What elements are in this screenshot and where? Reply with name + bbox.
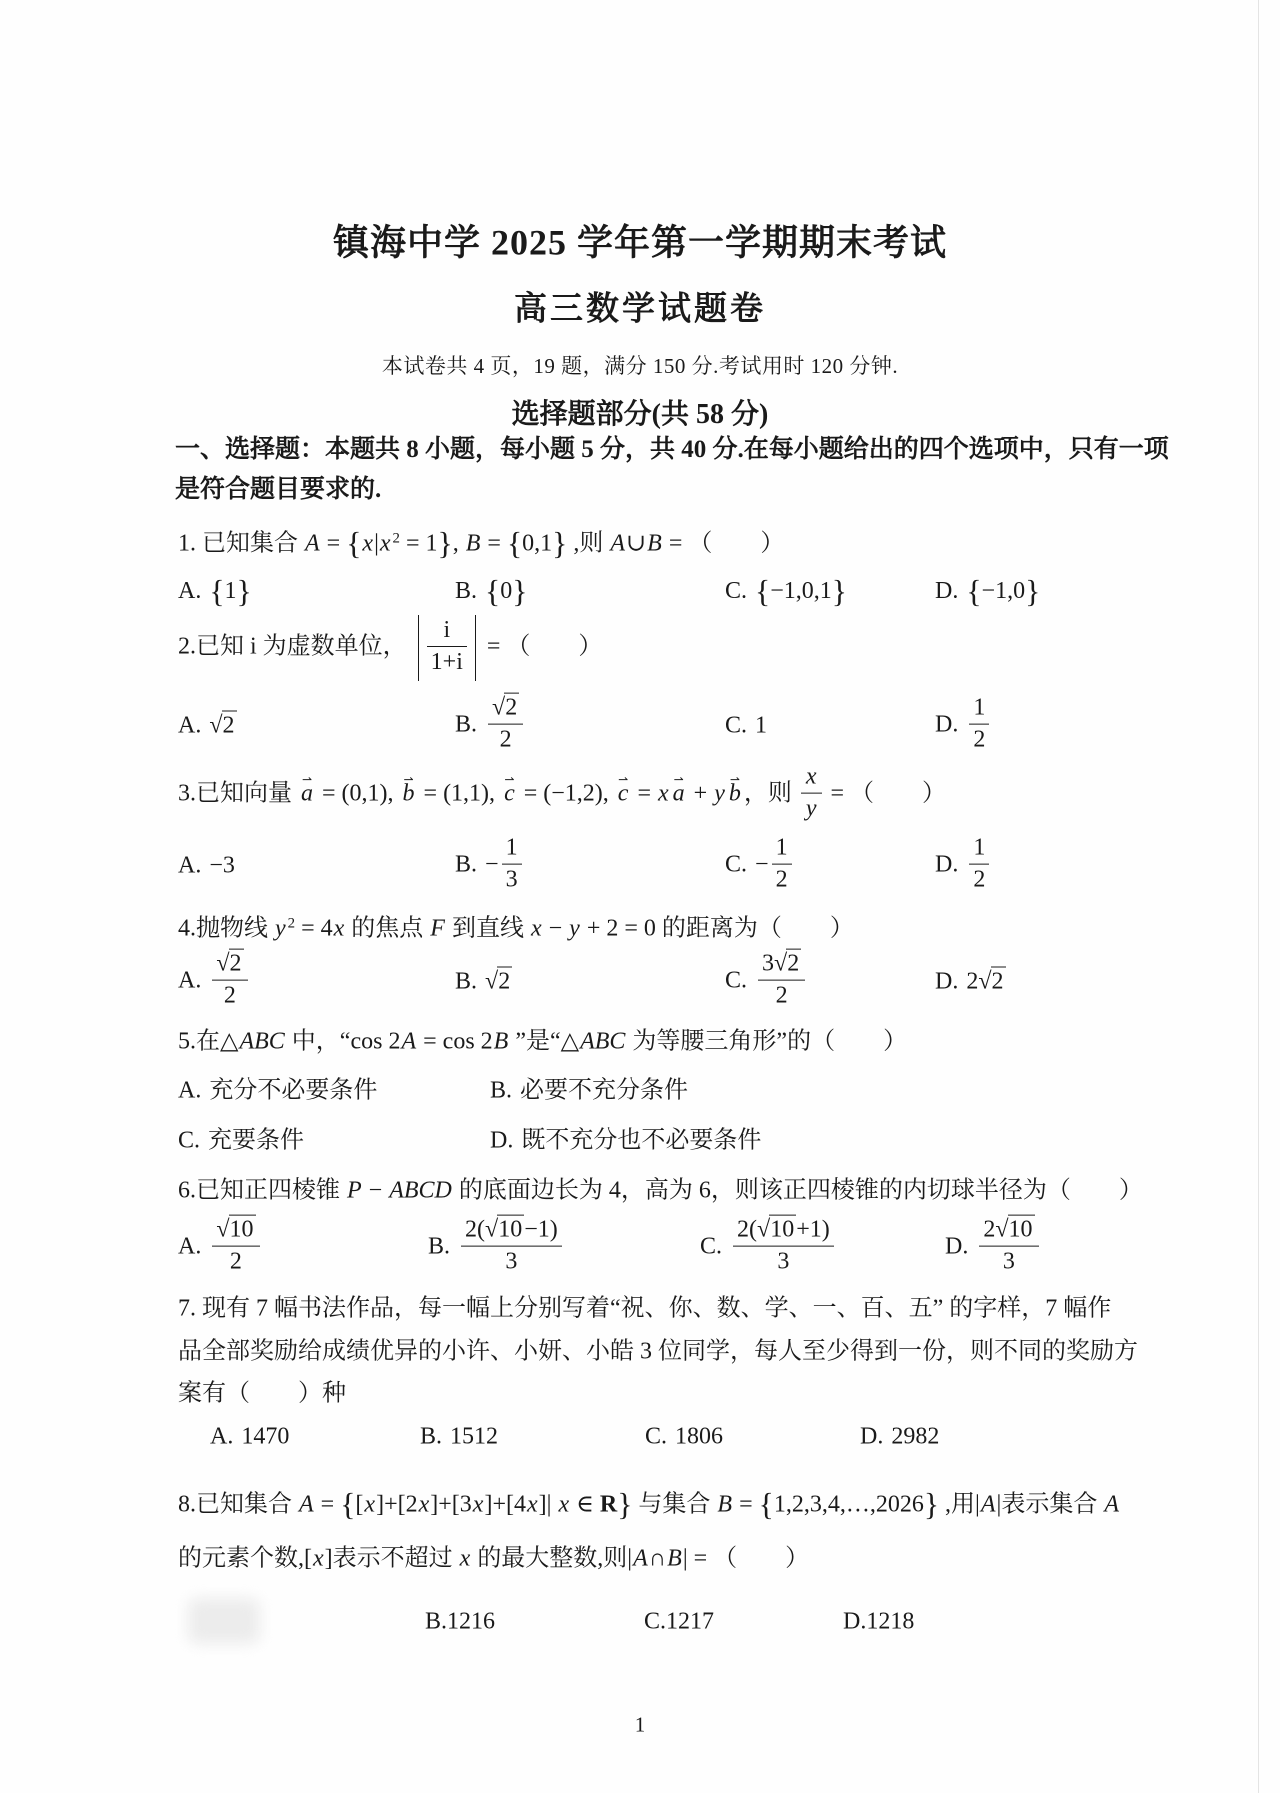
q6-option-d-value: 2√103 (976, 1234, 1041, 1260)
q5-option-d-value: 既不充分也不必要条件 (521, 1128, 761, 1154)
q1-option-b-label: B. (455, 578, 477, 604)
q6-option-c-value: 2(√10+1)3 (730, 1234, 837, 1260)
q3-option-d: D.12 (935, 837, 992, 896)
q4-option-c-label: C. (725, 968, 747, 994)
q4-option-d-value: 2√2 (966, 967, 1005, 995)
q4-option-a-value: √22 (209, 968, 250, 994)
q2-option-b-value: √22 (485, 712, 526, 738)
q7-option-c-value: 1806 (675, 1424, 723, 1450)
q8-option-d: D.1218 (843, 1609, 914, 1636)
q5-option-c-label: C. (178, 1128, 200, 1154)
q5-option-c-value: 充要条件 (208, 1128, 304, 1154)
exam-subtitle: 高三数学试题卷 (0, 283, 1280, 330)
q3-option-a-value: −3 (209, 853, 235, 879)
q7-option-c-label: C. (645, 1424, 667, 1450)
q6-stem: 6.已知正四棱锥 P − ABCD 的底面边长为 4，高为 6，则该正四棱锥的内… (178, 1170, 1143, 1205)
q5-option-d: D.既不充分也不必要条件 (490, 1120, 761, 1155)
q7-option-a: A.1470 (210, 1424, 289, 1451)
q1-option-d-label: D. (935, 578, 958, 604)
q3-stem: 3.已知向量 ⇀a = (0,1), ⇀b = (1,1), ⇀c = (−1,… (178, 766, 946, 825)
q8-option-b-value: 1216 (447, 1609, 495, 1635)
q1-option-c-value: {−1,0,1} (755, 578, 847, 604)
q2-option-d-label: D. (935, 712, 958, 738)
section-heading: 选择题部分(共 58 分) (0, 392, 1280, 432)
q3-option-d-label: D. (935, 852, 958, 878)
q2-option-b-label: B. (455, 712, 477, 738)
q7-option-a-value: 1470 (241, 1424, 289, 1450)
q8-option-d-label: D. (843, 1609, 866, 1635)
q1-option-b: B.{0} (455, 576, 527, 608)
q5-option-c: C.充要条件 (178, 1120, 304, 1155)
q4-option-a-label: A. (178, 968, 201, 994)
q8-stem-line-2: 的元素个数,[x]表示不超过 x 的最大整数,则|A∩B| = （ ） (178, 1538, 809, 1573)
q7-stem-line-2: 品全部奖励给成绩优异的小许、小妍、小皓 3 位同学，每人至少得到一份，则不同的奖… (178, 1331, 1138, 1366)
q7-stem-line-1: 7. 现有 7 幅书法作品，每一幅上分别写着“祝、你、数、学、一、百、五” 的字… (178, 1288, 1111, 1323)
q4-option-c-value: 3√22 (755, 968, 808, 994)
q1-option-a-label: A. (178, 578, 201, 604)
q5-option-a-value: 充分不必要条件 (209, 1078, 377, 1104)
q2-option-b: B.√22 (455, 697, 526, 756)
q2-option-a-label: A. (178, 713, 201, 739)
q7-option-d-label: D. (860, 1424, 883, 1450)
exam-page: { "page": { "background": "#fefefe", "te… (0, 0, 1280, 1793)
q7-option-d: D.2982 (860, 1424, 939, 1451)
q6-option-c-label: C. (700, 1234, 722, 1260)
q4-option-d-label: D. (935, 969, 958, 995)
instructions-line-2: 是符合题目要求的. (175, 469, 381, 505)
q6-option-a-value: √102 (209, 1234, 262, 1260)
q2-option-c: C.1 (725, 713, 767, 740)
q3-option-b: B.−13 (455, 837, 525, 896)
q3-option-b-value: −13 (485, 852, 525, 878)
q4-option-d: D.2√2 (935, 969, 1006, 996)
q5-option-b-value: 必要不充分条件 (520, 1078, 688, 1104)
q1-option-d-value: {−1,0} (966, 578, 1040, 604)
q7-option-b-value: 1512 (450, 1424, 498, 1450)
q2-option-d-value: 12 (966, 712, 992, 738)
q8-option-c-label: C. (644, 1609, 666, 1635)
q5-option-a: A.充分不必要条件 (178, 1070, 377, 1105)
q6-option-c: C.2(√10+1)3 (700, 1219, 837, 1278)
q1-option-a: A.{1} (178, 576, 252, 608)
q1-option-c: C.{−1,0,1} (725, 576, 847, 608)
q5-option-b: B.必要不充分条件 (490, 1070, 688, 1105)
q2-option-c-value: 1 (755, 713, 767, 739)
q1-option-a-value: {1} (209, 578, 251, 604)
q6-option-d-label: D. (945, 1234, 968, 1260)
q7-option-a-label: A. (210, 1424, 233, 1450)
q3-option-c-label: C. (725, 852, 747, 878)
q2-option-a-value: √2 (209, 711, 236, 739)
exam-title: 镇海中学 2025 学年第一学期期末考试 (0, 215, 1280, 266)
scan-smudge-erased-option (188, 1598, 260, 1644)
q7-option-d-value: 2982 (891, 1424, 939, 1450)
q5-option-d-label: D. (490, 1128, 513, 1154)
q1-option-c-label: C. (725, 578, 747, 604)
q6-option-b-value: 2(√10−1)3 (458, 1234, 565, 1260)
q3-option-c: C.−12 (725, 837, 795, 896)
q6-option-a: A.√102 (178, 1219, 263, 1278)
q4-option-a: A.√22 (178, 953, 251, 1012)
q2-stem: 2.已知 i 为虚数单位， i1+i = （ ） (178, 615, 602, 681)
q8-option-c: C.1217 (644, 1609, 714, 1636)
q4-option-c: C.3√22 (725, 953, 808, 1012)
q4-option-b: B.√2 (455, 969, 512, 996)
q5-option-a-label: A. (178, 1078, 201, 1104)
q3-option-d-value: 12 (966, 852, 992, 878)
q3-option-b-label: B. (455, 852, 477, 878)
q8-option-b: B.1216 (425, 1609, 495, 1636)
q6-option-b-label: B. (428, 1234, 450, 1260)
q6-option-a-label: A. (178, 1234, 201, 1260)
page-number: 1 (0, 1713, 1280, 1738)
q6-option-d: D.2√103 (945, 1219, 1042, 1278)
q4-option-b-value: √2 (485, 967, 512, 995)
exam-info: 本试卷共 4 页，19 题，满分 150 分.考试用时 120 分钟. (0, 350, 1280, 380)
q2-option-a: A.√2 (178, 713, 237, 740)
q3-option-a-label: A. (178, 853, 201, 879)
q5-stem: 5.在△ABC 中，“cos 2A = cos 2B ”是“△ABC 为等腰三角… (178, 1021, 907, 1056)
q2-option-d: D.12 (935, 697, 992, 756)
q4-stem: 4.抛物线 y2 = 4x 的焦点 F 到直线 x − y + 2 = 0 的距… (178, 908, 854, 943)
q8-option-b-label: B. (425, 1609, 447, 1635)
q3-option-a: A.−3 (178, 853, 235, 880)
instructions-line-1: 一、选择题：本题共 8 小题，每小题 5 分，共 40 分.在每小题给出的四个选… (175, 429, 1169, 465)
q8-option-d-value: 1218 (866, 1609, 914, 1635)
q6-option-b: B.2(√10−1)3 (428, 1219, 565, 1278)
q7-option-b: B.1512 (420, 1424, 498, 1451)
q8-stem-line-1: 8.已知集合 A = {[x]+[2x]+[3x]+[4x]| x ∈ R} 与… (178, 1483, 1120, 1520)
q7-option-b-label: B. (420, 1424, 442, 1450)
q2-option-c-label: C. (725, 713, 747, 739)
q7-stem-line-3: 案有（ ）种 (178, 1373, 346, 1408)
page-edge-line (1258, 0, 1260, 1793)
q1-option-b-value: {0} (485, 578, 527, 604)
q3-option-c-value: −12 (755, 852, 795, 878)
q7-option-c: C.1806 (645, 1424, 723, 1451)
q8-option-c-value: 1217 (666, 1609, 714, 1635)
q1-stem: 1. 已知集合 A = {x|x2 = 1}, B = {0,1} ,则 A∪B… (178, 522, 784, 559)
q1-option-d: D.{−1,0} (935, 576, 1040, 608)
q4-option-b-label: B. (455, 969, 477, 995)
q5-option-b-label: B. (490, 1078, 512, 1104)
